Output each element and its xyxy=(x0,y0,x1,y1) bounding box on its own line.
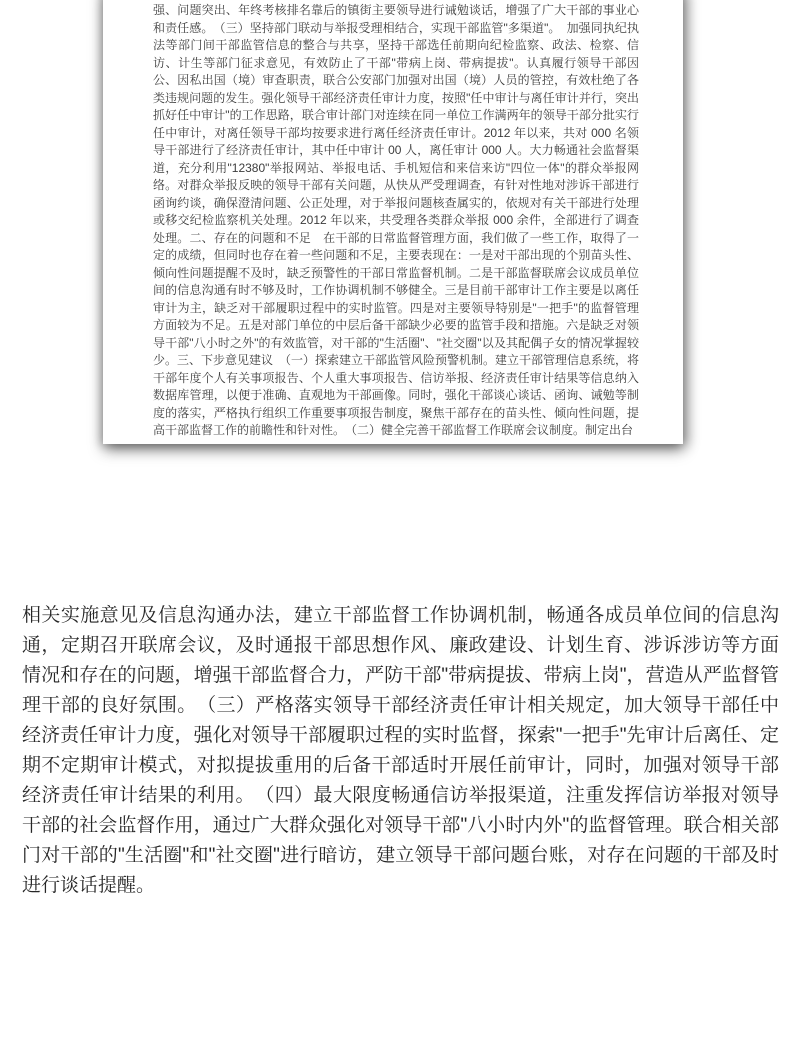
document-page-preview: 强、问题突出、年终考核排名靠后的镇街主要领导进行诫勉谈话，增强了广大干部的事业心… xyxy=(103,0,683,444)
page-preview-text: 强、问题突出、年终考核排名靠后的镇街主要领导进行诫勉谈话，增强了广大干部的事业心… xyxy=(153,2,639,440)
document-body-text: 相关实施意见及信息沟通办法，建立干部监督工作协调机制，畅通各成员单位间的信息沟通… xyxy=(22,601,779,901)
document-viewer: 强、问题突出、年终考核排名靠后的镇街主要领导进行诫勉谈话，增强了广大干部的事业心… xyxy=(0,0,800,1042)
